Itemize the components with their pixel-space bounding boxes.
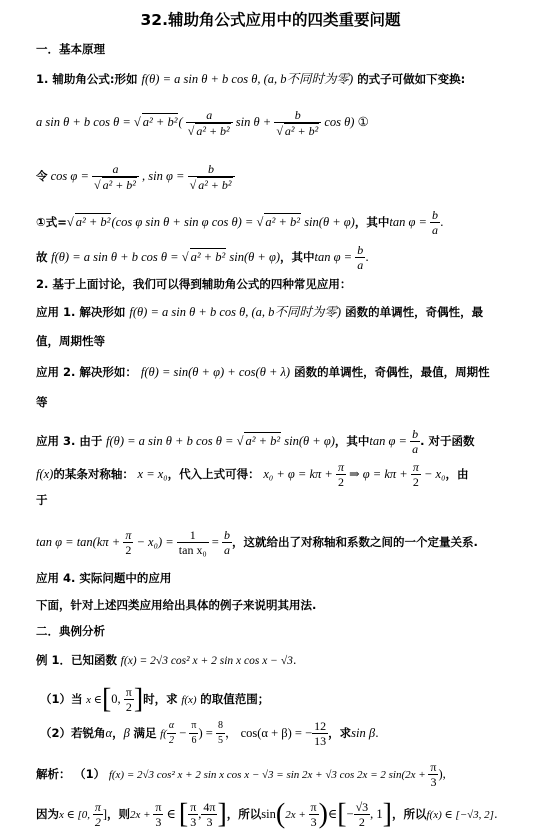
frac-den-sqrt: a² + b² bbox=[284, 123, 319, 138]
frac-num: a bbox=[92, 162, 139, 177]
sol2-in: ∈ bbox=[163, 807, 179, 821]
b-over-a-fraction: ba bbox=[222, 528, 232, 557]
example-1-end: . bbox=[293, 653, 297, 667]
frac-den: 2 bbox=[93, 815, 103, 829]
sol2-b: ，则 bbox=[107, 807, 130, 821]
pi-over-2-fraction: π2 bbox=[93, 800, 103, 829]
left-bracket: [ bbox=[337, 799, 346, 830]
pi-over-3-fraction: π3 bbox=[153, 800, 163, 829]
eq1-sqrt: a² + b² bbox=[142, 113, 179, 130]
frac-num: 4π bbox=[201, 800, 217, 815]
example-1-question-1: （1）当 x ∈[0, π2]时，求 f(x) 的取值范围； bbox=[40, 685, 269, 714]
frac-num: 12 bbox=[312, 719, 328, 734]
q2-text: 满足 bbox=[133, 726, 156, 740]
q1-text: 时，求 bbox=[143, 692, 178, 706]
eq1-frac1: a√a² + b² bbox=[186, 108, 233, 138]
eq4-end: . bbox=[365, 250, 369, 264]
eq1-frac2: b√a² + b² bbox=[274, 108, 321, 138]
q2-cos: ， cos(α + β) = − bbox=[225, 726, 312, 740]
page-title: 32.辅助角公式应用中的四类重要问题 bbox=[0, 8, 541, 30]
eq3-mid: (cos φ sin θ + sin φ cos θ) = bbox=[111, 215, 256, 229]
app1-label: 应用 1. 解决形如 bbox=[36, 305, 125, 319]
equation-4: 故 f(θ) = a sin θ + b cos θ = a² + b² sin… bbox=[36, 243, 369, 272]
q1-interval-a: 0, bbox=[111, 692, 124, 706]
eq2-frac2: b√a² + b² bbox=[188, 162, 235, 192]
pi-over-2-fraction: π2 bbox=[123, 528, 133, 557]
q2-ask: ，求 bbox=[328, 726, 351, 740]
eq4-sqrt: a² + b² bbox=[190, 248, 227, 265]
q2-sinb: sin β bbox=[351, 726, 375, 740]
sol2-one: , 1 bbox=[370, 807, 383, 821]
right-bracket: ] bbox=[217, 799, 226, 830]
sqrt3-over-2-fraction: √32 bbox=[354, 800, 371, 829]
application-1-line-1: 应用 1. 解决形如 f(θ) = a sin θ + b cos θ, (a,… bbox=[36, 304, 483, 320]
eight-fifths-fraction: 85 bbox=[216, 719, 225, 748]
item-1-label: 1. 辅助角公式:形如 bbox=[36, 72, 137, 86]
solution-line-1: 解析： （1） f(x) = 2√3 cos² x + 2 sin x cos … bbox=[36, 760, 446, 789]
frac-den-sqrt: a² + b² bbox=[197, 177, 232, 192]
frac-den: 3 bbox=[201, 815, 217, 829]
item-1-suffix: 的式子可做如下变换: bbox=[357, 72, 465, 86]
frac-num: a bbox=[186, 108, 233, 123]
eq2-mid: , sin φ = bbox=[142, 169, 188, 183]
frac-num: b bbox=[274, 108, 321, 123]
frac-num: π bbox=[336, 460, 346, 475]
q2-minus: − bbox=[176, 726, 189, 740]
q2-label: （2）若锐角 bbox=[40, 726, 106, 740]
sol2-final: f(x) ∈ [−√3, 2] bbox=[427, 809, 494, 821]
frac-den: a bbox=[430, 223, 440, 237]
eq4-prefix: 故 bbox=[36, 250, 48, 264]
eq2-prefix: 令 bbox=[36, 169, 48, 183]
frac-den: √a² + b² bbox=[186, 123, 233, 138]
eq4-formula: f(θ) = a sin θ + b cos θ = bbox=[51, 250, 182, 264]
eq4-frac: ba bbox=[355, 243, 365, 272]
frac-num: b bbox=[430, 208, 440, 223]
sol2-c: ，所以 bbox=[227, 807, 262, 821]
application-3-line-3: 于 bbox=[36, 492, 48, 508]
example-1-question-2: （2）若锐角α，β 满足 f(α2 − π6) = 85， cos(α + β)… bbox=[40, 719, 379, 748]
eq3-end: . bbox=[440, 215, 444, 229]
app3-text2: ，代入上式可得： bbox=[168, 467, 260, 481]
solution-line-2: 因为x ∈ [0, π2]，则2x + π3 ∈ [π3,4π3]，所以sin(… bbox=[36, 800, 498, 829]
app3-fx: f(x) bbox=[36, 467, 53, 481]
q2-end: . bbox=[375, 726, 379, 740]
frac-num: π bbox=[309, 800, 319, 815]
frac-den: 2 bbox=[354, 815, 371, 829]
app3-where: ，其中 bbox=[335, 434, 370, 448]
app3-line2-end: ，由 bbox=[445, 467, 468, 481]
eq4-where: ，其中 bbox=[280, 250, 315, 264]
frac-den: 2 bbox=[336, 475, 346, 489]
frac-den: 3 bbox=[428, 775, 438, 789]
alpha-over-2-fraction: α2 bbox=[167, 719, 176, 748]
eq3-where: ，其中 bbox=[355, 215, 390, 229]
solution-part: （1） bbox=[74, 767, 105, 781]
frac-den: a bbox=[410, 442, 420, 456]
frac-num: π bbox=[188, 800, 198, 815]
interval-lower-fraction: π3 bbox=[188, 800, 198, 829]
right-bracket: ] bbox=[383, 799, 392, 830]
eq1-mid: sin θ + bbox=[236, 115, 275, 129]
left-paren: ( bbox=[276, 799, 285, 830]
eq2-frac1: a√a² + b² bbox=[92, 162, 139, 192]
app3-eq-b: ⇒ φ = kπ + bbox=[346, 467, 411, 481]
section-heading-basic-principle: 一．基本原理 bbox=[36, 41, 105, 57]
frac-num: 8 bbox=[216, 719, 225, 734]
example-1-formula: f(x) = 2√3 cos² x + 2 sin x cos x − √3 bbox=[121, 655, 293, 667]
application-4: 应用 4. 实际问题中的应用 bbox=[36, 570, 171, 586]
one-over-tan-fraction: 1tan x₀ bbox=[177, 528, 209, 557]
frac-den: 2 bbox=[411, 475, 421, 489]
app2-label: 应用 2. 解决形如： bbox=[36, 365, 137, 379]
eq3-sqrt2: a² + b² bbox=[264, 213, 301, 230]
equation-3: ①式=a² + b²(cos φ sin θ + sin φ cos θ) = … bbox=[36, 208, 444, 237]
frac-den: √a² + b² bbox=[188, 177, 235, 192]
sqrt-symbol bbox=[237, 434, 244, 448]
pi-over-2-fraction: π2 bbox=[336, 460, 346, 489]
sqrt-symbol bbox=[134, 115, 141, 129]
pi-over-2-fraction: π2 bbox=[124, 685, 134, 714]
pi-over-2-fraction: π2 bbox=[411, 460, 421, 489]
intro-paragraph: 下面，针对上述四类应用给出具体的例子来说明其用法. bbox=[36, 597, 316, 613]
sol2-sin: sin bbox=[261, 807, 276, 821]
application-2-line-2: 等 bbox=[36, 394, 48, 410]
pi-over-3-fraction: π3 bbox=[428, 760, 438, 789]
frac-den: 3 bbox=[153, 815, 163, 829]
frac-num: 1 bbox=[177, 528, 209, 543]
equation-1: a sin θ + b cos θ = a² + b²( a√a² + b² s… bbox=[36, 108, 369, 138]
frac-den: 2 bbox=[124, 700, 134, 714]
app2-formula: f(θ) = sin(θ + φ) + cos(θ + λ) bbox=[141, 365, 290, 379]
item-1-paragraph: 1. 辅助角公式:形如 f(θ) = a sin θ + b cos θ, (a… bbox=[36, 71, 465, 87]
frac-den: a bbox=[355, 258, 365, 272]
sqrt-symbol bbox=[67, 215, 74, 229]
frac-num: π bbox=[411, 460, 421, 475]
application-3-line-4: tan φ = tan(kπ + π2 − x₀) = 1tan x₀ = ba… bbox=[36, 528, 478, 557]
sqrt-symbol bbox=[257, 215, 264, 229]
app3-eq-a: x₀ + φ = kπ + bbox=[263, 467, 336, 481]
solution-formula: f(x) = 2√3 cos² x + 2 sin x cos x − √3 =… bbox=[109, 769, 429, 781]
app3-tail: sin(θ + φ) bbox=[281, 434, 335, 448]
frac-num: π bbox=[124, 685, 134, 700]
eq1-lhs: a sin θ + b cos θ = bbox=[36, 115, 134, 129]
eq3-tan: tan φ = bbox=[389, 215, 430, 229]
application-2-line-1: 应用 2. 解决形如： f(θ) = sin(θ + φ) + cos(θ + … bbox=[36, 364, 490, 380]
app1-suffix: 函数的单调性，奇偶性，最 bbox=[345, 305, 483, 319]
frac-num: α bbox=[167, 719, 176, 734]
twelve-thirteenths-fraction: 1213 bbox=[312, 719, 328, 748]
application-3-line-2: f(x)的某条对称轴： x = x₀，代入上式可得： x₀ + φ = kπ +… bbox=[36, 460, 468, 489]
right-paren: ) bbox=[319, 799, 328, 830]
eq1-tail: cos θ) bbox=[324, 115, 354, 129]
equation-2: 令 cos φ = a√a² + b² , sin φ = b√a² + b² bbox=[36, 162, 235, 192]
app3-eq-c: − x₀ bbox=[421, 467, 446, 481]
frac-den: √a² + b² bbox=[92, 177, 139, 192]
frac-num: b bbox=[355, 243, 365, 258]
sol2-end: . bbox=[494, 807, 498, 821]
frac-den-sqrt: a² + b² bbox=[102, 177, 137, 192]
left-bracket: [ bbox=[102, 684, 111, 715]
frac-den: a bbox=[222, 543, 232, 557]
q2-beta: β bbox=[124, 726, 130, 740]
right-bracket: ] bbox=[134, 684, 143, 715]
frac-num: π bbox=[93, 800, 103, 815]
frac-den: 2 bbox=[123, 543, 133, 557]
app3-line4-text: ，这就给出了对称轴和系数之间的一个定量关系. bbox=[232, 535, 478, 549]
eq2-cos: cos φ = bbox=[51, 169, 92, 183]
sol2-x: x ∈ [0, bbox=[59, 809, 93, 821]
eq3-frac: ba bbox=[430, 208, 440, 237]
sol2-e: ，所以 bbox=[392, 807, 427, 821]
frac-den: tan x₀ bbox=[177, 543, 209, 557]
example-1-statement: 例 1．已知函数 f(x) = 2√3 cos² x + 2 sin x cos… bbox=[36, 652, 297, 669]
frac-num: π bbox=[123, 528, 133, 543]
app2-suffix: 函数的单调性，奇偶性，最值，周期性 bbox=[294, 365, 490, 379]
frac-num: √3 bbox=[354, 800, 371, 815]
app3-label: 应用 3. 由于 bbox=[36, 434, 102, 448]
app3-tan: tan φ = bbox=[369, 434, 410, 448]
app3-frac: ba bbox=[410, 427, 420, 456]
solution-label: 解析： bbox=[36, 767, 71, 781]
frac-den: 2 bbox=[167, 734, 176, 748]
interval-upper-fraction: 4π3 bbox=[201, 800, 217, 829]
frac-den: 3 bbox=[309, 815, 319, 829]
frac-den: 3 bbox=[188, 815, 198, 829]
item-2-paragraph: 2. 基于上面讨论，我们可以得到辅助角公式的四种常见应用： bbox=[36, 276, 351, 292]
application-3-line-1: 应用 3. 由于 f(θ) = a sin θ + b cos θ = a² +… bbox=[36, 427, 475, 456]
frac-num: π bbox=[153, 800, 163, 815]
app3-line4-a: tan φ = tan(kπ + bbox=[36, 535, 123, 549]
solution-end: ), bbox=[438, 767, 445, 781]
frac-num: b bbox=[222, 528, 232, 543]
app3-suffix: . 对于函数 bbox=[420, 434, 474, 448]
sol2-expr: 2x + bbox=[130, 809, 153, 821]
q1-fx: f(x) bbox=[181, 694, 196, 706]
frac-den-sqrt: a² + b² bbox=[195, 123, 230, 138]
eq3-sqrt1: a² + b² bbox=[75, 213, 112, 230]
q2-eq: ) = bbox=[198, 726, 215, 740]
eq3-prefix: ①式= bbox=[36, 215, 67, 229]
application-1-line-2: 值，周期性等 bbox=[36, 333, 105, 349]
app3-axis: x = x₀ bbox=[138, 467, 168, 481]
eq3-tail: sin(θ + φ) bbox=[301, 215, 355, 229]
app3-line4-b: − x₀) = bbox=[133, 535, 176, 549]
q2-f: f( bbox=[160, 728, 167, 740]
pi-over-3-fraction: π3 bbox=[309, 800, 319, 829]
app1-formula: f(θ) = a sin θ + b cos θ, (a, b不同时为零) bbox=[129, 305, 341, 319]
section-heading-examples: 二．典例分析 bbox=[36, 623, 105, 639]
frac-num: π bbox=[428, 760, 438, 775]
eq4-tail: sin(θ + φ) bbox=[226, 250, 280, 264]
left-bracket: [ bbox=[179, 799, 188, 830]
app3-formula: f(θ) = a sin θ + b cos θ = bbox=[106, 434, 237, 448]
circled-one-marker: ① bbox=[358, 115, 369, 129]
frac-den: √a² + b² bbox=[274, 123, 321, 138]
app3-text1: 的某条对称轴： bbox=[53, 467, 134, 481]
q1-x: x ∈ bbox=[86, 694, 102, 706]
frac-den: 13 bbox=[312, 734, 328, 748]
sol2-a: 因为 bbox=[36, 807, 59, 821]
frac-num: b bbox=[410, 427, 420, 442]
app3-line4-eq: = bbox=[209, 535, 222, 549]
example-1-label: 例 1．已知函数 bbox=[36, 653, 117, 667]
eq4-tan: tan φ = bbox=[315, 250, 356, 264]
app3-sqrt: a² + b² bbox=[244, 432, 281, 449]
q1-end: 的取值范围； bbox=[200, 692, 269, 706]
frac-num: b bbox=[188, 162, 235, 177]
q1-label: （1）当 bbox=[40, 692, 83, 706]
sqrt-symbol bbox=[182, 250, 189, 264]
eq1-paren: ( bbox=[178, 115, 182, 129]
frac-den: 5 bbox=[216, 734, 225, 748]
sol2-expr-2: 2x + bbox=[285, 809, 308, 821]
q2-sep: ， bbox=[112, 726, 124, 740]
item-1-formula: f(θ) = a sin θ + b cos θ, (a, b不同时为零) bbox=[142, 72, 354, 86]
